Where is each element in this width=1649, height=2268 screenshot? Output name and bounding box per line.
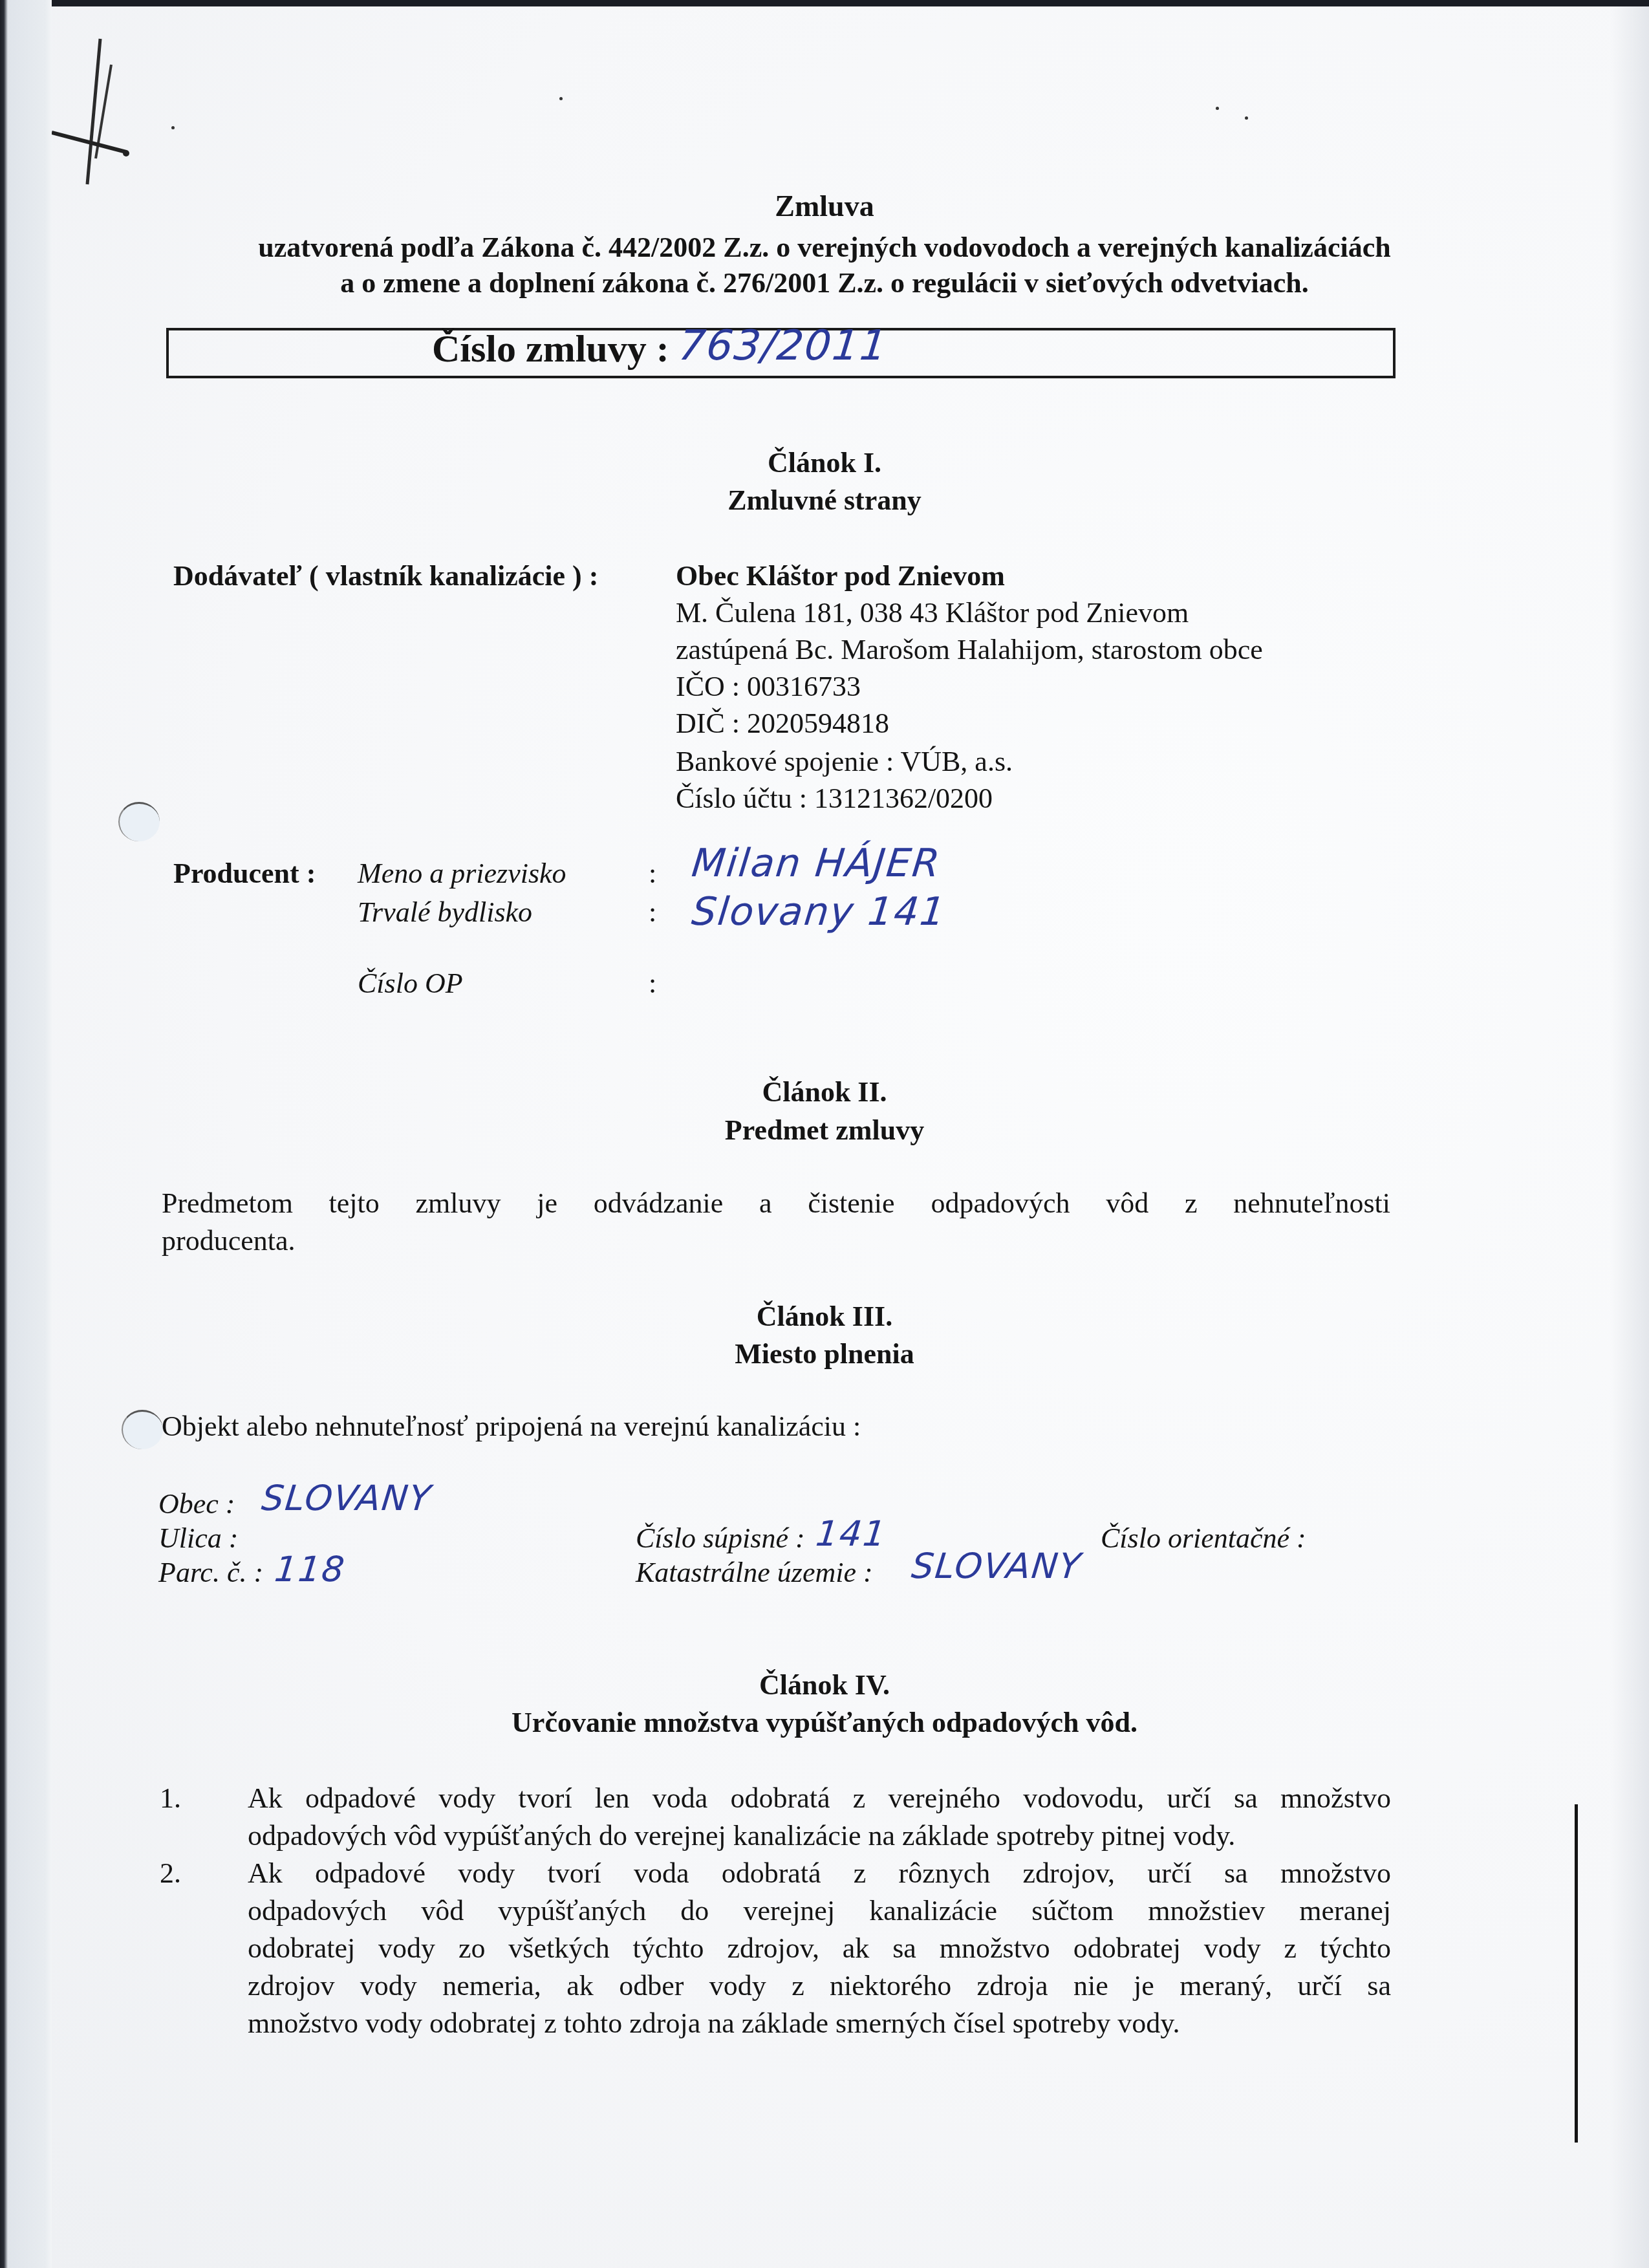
cislo-supisne-value: 141: [814, 1513, 889, 1554]
supplier-dic: DIČ : 2020594818: [676, 707, 889, 740]
hole-punch-icon: [122, 1410, 163, 1449]
contract-number-value: 763/2011: [676, 322, 890, 370]
producer-residence-sep: :: [649, 896, 656, 929]
article-4-item-1-line-2: odpadových vôd vypúšťaných do verejnej k…: [248, 1819, 1391, 1852]
article-2-text-line-1: Predmetom tejto zmluvy je odvádzanie a č…: [162, 1187, 1390, 1220]
document-subtitle-line-2: a o zmene a doplnení zákona č. 276/2001 …: [0, 266, 1649, 299]
producer-residence-value: Slovany 141: [689, 889, 948, 934]
staple-icon: [52, 36, 142, 191]
producer-label: Producent :: [173, 857, 316, 890]
scan-speck: [1216, 107, 1219, 110]
article-4-item-1-number: 1.: [160, 1782, 181, 1815]
margin-vertical-line: [1575, 1804, 1578, 2143]
parcel-number-label: Parc. č. :: [158, 1556, 263, 1589]
cislo-supisne-label: Číslo súpisné :: [636, 1522, 805, 1555]
article-2-heading: Článok II.: [0, 1075, 1649, 1108]
article-1-heading: Článok I.: [0, 446, 1649, 479]
article-4-item-2-line-3: odobratej vody zo všetkých týchto zdrojo…: [248, 1932, 1391, 1965]
article-4-item-2-number: 2.: [160, 1857, 181, 1890]
article-4-item-2-line-4: zdrojov vody nemeria, ak odber vody z ni…: [248, 1969, 1391, 2002]
contract-number-label: Číslo zmluvy :: [432, 327, 669, 371]
ulica-label: Ulica :: [158, 1522, 238, 1555]
scanner-edge-top: [0, 0, 1649, 6]
article-3-title: Miesto plnenia: [0, 1337, 1649, 1370]
producer-id-label: Číslo OP: [358, 967, 463, 1000]
supplier-bank: Bankové spojenie : VÚB, a.s.: [676, 745, 1013, 778]
scan-speck: [171, 126, 175, 129]
article-4-item-1-line-1: Ak odpadové vody tvorí len voda odobratá…: [248, 1782, 1391, 1815]
article-2-title: Predmet zmluvy: [0, 1114, 1649, 1147]
article-1-title: Zmluvné strany: [0, 484, 1649, 517]
producer-residence-label: Trvalé bydlisko: [358, 896, 532, 929]
producer-name-value: Milan HÁJER: [689, 841, 943, 886]
supplier-ico: IČO : 00316733: [676, 670, 861, 703]
parcel-number-value: 118: [273, 1549, 348, 1590]
supplier-account: Číslo účtu : 13121362/0200: [676, 782, 993, 815]
obec-value: SLOVANY: [260, 1478, 434, 1518]
article-3-heading: Článok III.: [0, 1300, 1649, 1333]
katastralne-uzemie-value: SLOVANY: [910, 1546, 1084, 1586]
document-title: Zmluva: [0, 189, 1649, 223]
hole-punch-icon: [118, 802, 160, 841]
obec-label: Obec :: [158, 1487, 235, 1520]
supplier-representative: zastúpená Bc. Marošom Halahijom, starost…: [676, 633, 1263, 666]
supplier-name: Obec Kláštor pod Znievom: [676, 559, 1005, 592]
article-4-title: Určovanie množstva vypúšťaných odpadovýc…: [0, 1706, 1649, 1739]
producer-name-sep: :: [649, 857, 656, 890]
supplier-label: Dodávateľ ( vlastník kanalizácie ) :: [173, 559, 598, 592]
producer-name-label: Meno a priezvisko: [358, 857, 566, 890]
article-3-intro: Objekt alebo nehnuteľnosť pripojená na v…: [162, 1410, 861, 1443]
article-4-heading: Článok IV.: [0, 1669, 1649, 1701]
article-4-item-2-line-1: Ak odpadové vody tvorí voda odobratá z r…: [248, 1857, 1391, 1890]
producer-id-sep: :: [649, 967, 656, 1000]
katastralne-uzemie-label: Katastrálne územie :: [636, 1556, 873, 1589]
article-4-item-2-line-2: odpadových vôd vypúšťaných do verejnej k…: [248, 1894, 1391, 1927]
cislo-orientacne-label: Číslo orientačné :: [1101, 1522, 1306, 1555]
document-subtitle-line-1: uzatvorená podľa Zákona č. 442/2002 Z.z.…: [0, 231, 1649, 264]
article-2-text-line-2: producenta.: [162, 1224, 295, 1257]
supplier-address: M. Čulena 181, 038 43 Kláštor pod Znievo…: [676, 596, 1189, 629]
article-4-item-2-line-5: množstvo vody odobratej z tohto zdroja n…: [248, 2007, 1391, 2040]
scan-speck: [1245, 116, 1248, 120]
scan-speck: [559, 97, 563, 100]
